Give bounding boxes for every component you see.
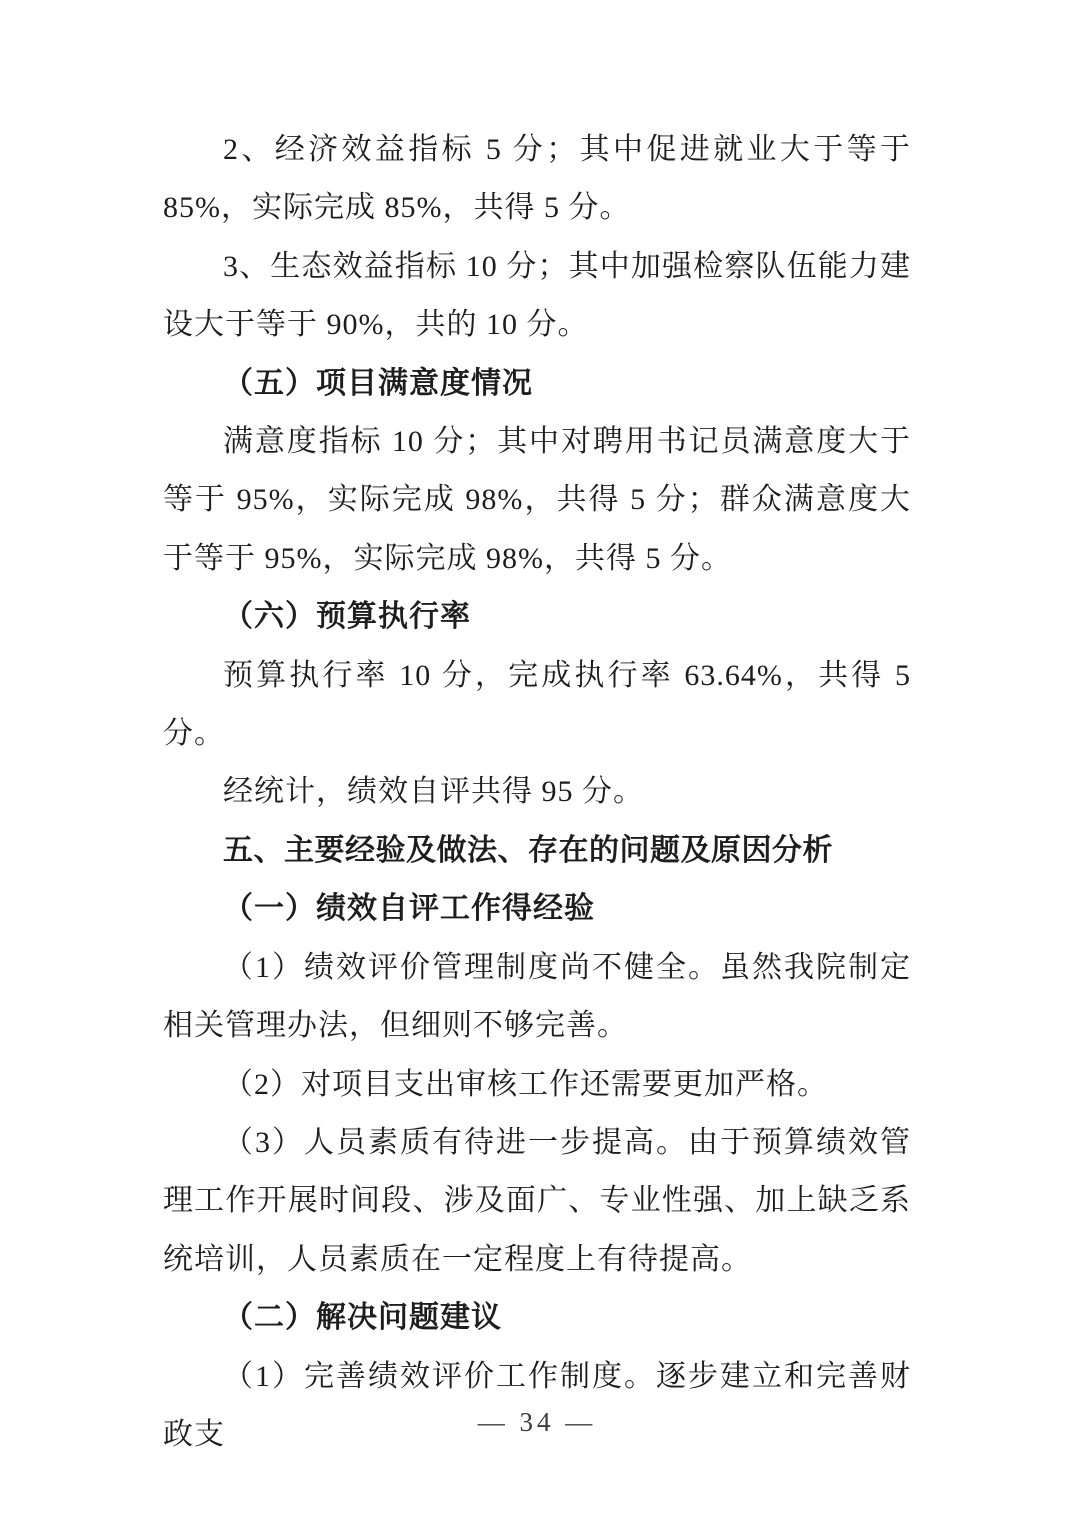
- section-heading-suggestions: （二）解决问题建议: [163, 1289, 911, 1347]
- section-heading-self-eval: （一）绩效自评工作得经验: [163, 880, 911, 938]
- paragraph-issue-1: （1）绩效评价管理制度尚不健全。虽然我院制定相关管理办法，但细则不够完善。: [163, 939, 911, 1056]
- paragraph-issue-2: （2）对项目支出审核工作还需要更加严格。: [163, 1056, 911, 1114]
- section-heading-budget-rate: （六）预算执行率: [163, 588, 911, 646]
- paragraph-total-score: 经统计，绩效自评共得 95 分。: [163, 763, 911, 821]
- paragraph-ecological-benefit: 3、生态效益指标 10 分；其中加强检察队伍能力建设大于等于 90%，共的 10…: [163, 238, 911, 355]
- document-body: 2、经济效益指标 5 分；其中促进就业大于等于 85%，实际完成 85%，共得 …: [163, 121, 911, 1464]
- document-page: 2、经济效益指标 5 分；其中促进就业大于等于 85%，实际完成 85%，共得 …: [0, 0, 1074, 1520]
- paragraph-satisfaction: 满意度指标 10 分；其中对聘用书记员满意度大于等于 95%，实际完成 98%，…: [163, 413, 911, 588]
- section-heading-satisfaction: （五）项目满意度情况: [163, 355, 911, 413]
- chapter-heading-experience: 五、主要经验及做法、存在的问题及原因分析: [163, 822, 911, 880]
- paragraph-economic-benefit: 2、经济效益指标 5 分；其中促进就业大于等于 85%，实际完成 85%，共得 …: [163, 121, 911, 238]
- page-number: — 34 —: [0, 1400, 1074, 1444]
- paragraph-budget-rate: 预算执行率 10 分，完成执行率 63.64%，共得 5 分。: [163, 647, 911, 764]
- paragraph-issue-3: （3）人员素质有待进一步提高。由于预算绩效管理工作开展时间段、涉及面广、专业性强…: [163, 1114, 911, 1289]
